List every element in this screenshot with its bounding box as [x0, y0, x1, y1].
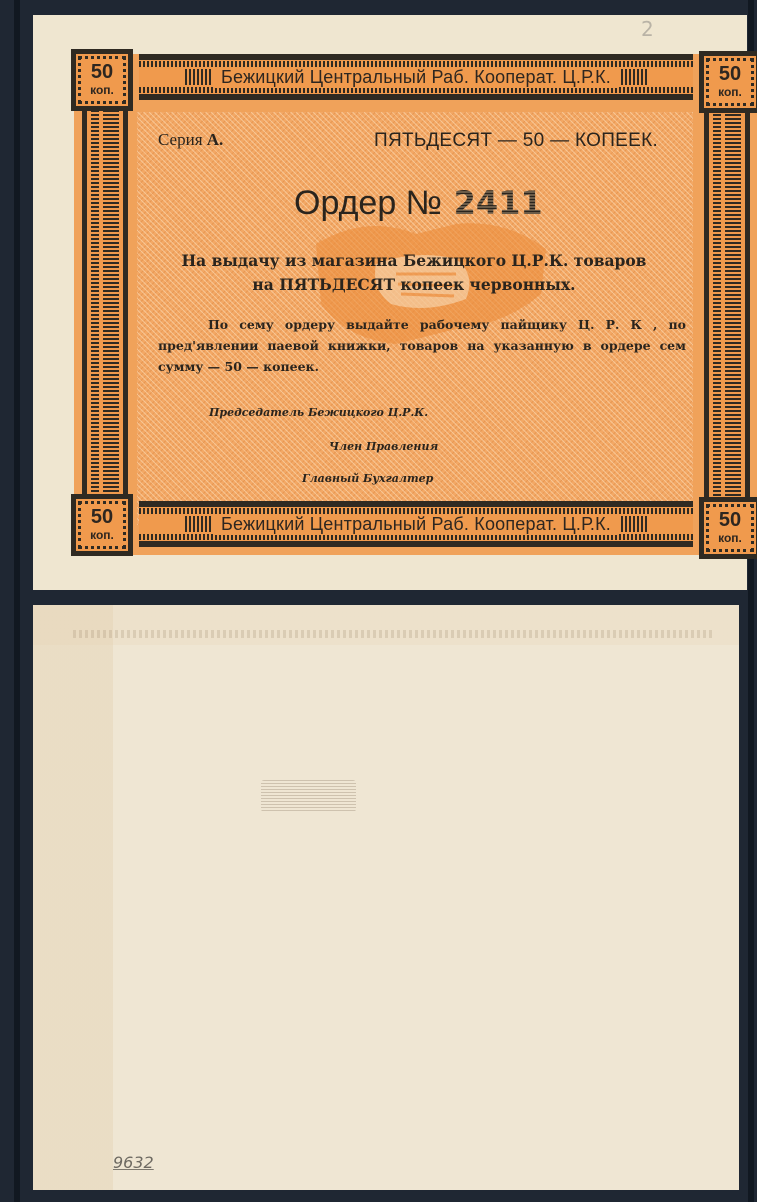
- pencil-mark: 2: [641, 17, 654, 41]
- issuer-title-bottom: Бежицкий Центральный Раб. Кооперат. Ц.Р.…: [215, 514, 617, 535]
- note-print-area: Бежицкий Центральный Раб. Кооперат. Ц.Р.…: [74, 54, 757, 555]
- note-back-sheet: 9632: [33, 605, 739, 1190]
- headline: На выдачу из магазина Бежицкого Ц.Р.К. т…: [144, 249, 684, 297]
- series-label: Серия А.: [158, 130, 223, 150]
- tick-ornament: [621, 69, 647, 85]
- corner-value-top-left: 50 коп.: [71, 49, 133, 111]
- signature-chairman: Председатель Бежицкого Ц.Р.К.: [209, 406, 428, 419]
- corner-value: 50: [91, 62, 113, 82]
- pencil-inventory-number: 9632: [113, 1153, 154, 1172]
- tick-ornament: [621, 516, 647, 532]
- series-value: А.: [207, 130, 224, 149]
- corner-value: 50: [719, 64, 741, 84]
- corner-value: 50: [91, 507, 113, 527]
- body-paragraph: По сему ордеру выдайте рабочему пайщику …: [158, 317, 686, 374]
- headline-line-1: На выдачу из магазина Бежицкого Ц.Р.К. т…: [144, 249, 684, 273]
- issuer-title-top: Бежицкий Центральный Раб. Кооперат. Ц.Р.…: [215, 67, 617, 88]
- denomination-line: ПЯТЬДЕСЯТ — 50 — КОПЕЕК.: [374, 130, 658, 152]
- headline-line-2: на ПЯТЬДЕСЯТ копеек червонных.: [144, 273, 684, 297]
- top-border-band: Бежицкий Центральный Раб. Кооперат. Ц.Р.…: [139, 54, 693, 100]
- corner-unit: коп.: [718, 530, 742, 546]
- body-text: По сему ордеру выдайте рабочему пайщику …: [158, 314, 686, 377]
- corner-unit: коп.: [718, 84, 742, 100]
- perforated-edge: [736, 605, 742, 1190]
- signature-chief-accountant: Главный Бухгалтер: [302, 472, 433, 485]
- show-through-serial: [261, 780, 356, 812]
- tick-ornament: [185, 69, 211, 85]
- show-through-band: [73, 630, 713, 638]
- tick-ornament: [185, 516, 211, 532]
- perforated-edge: [33, 587, 747, 593]
- order-serial-number: 2411: [452, 184, 545, 222]
- right-border-band: [704, 106, 750, 506]
- signature-board-member: Член Правления: [329, 440, 438, 453]
- order-heading: Ордер № 2411: [294, 184, 545, 223]
- corner-value-bottom-right: 50 коп.: [699, 497, 757, 559]
- corner-unit: коп.: [90, 527, 114, 543]
- order-label: Ордер №: [294, 184, 442, 222]
- perforated-edge: [33, 1187, 739, 1193]
- note-front-sheet: 2 Бежицкий Центральный Раб. Кооперат. Ц.…: [33, 15, 747, 590]
- series-text: Серия: [158, 130, 203, 149]
- corner-unit: коп.: [90, 82, 114, 98]
- corner-value-top-right: 50 коп.: [699, 51, 757, 113]
- corner-value: 50: [719, 510, 741, 530]
- bottom-border-band: Бежицкий Центральный Раб. Кооперат. Ц.Р.…: [139, 501, 693, 547]
- album-stripe: [14, 0, 20, 1202]
- left-border-band: [82, 106, 128, 506]
- corner-value-bottom-left: 50 коп.: [71, 494, 133, 556]
